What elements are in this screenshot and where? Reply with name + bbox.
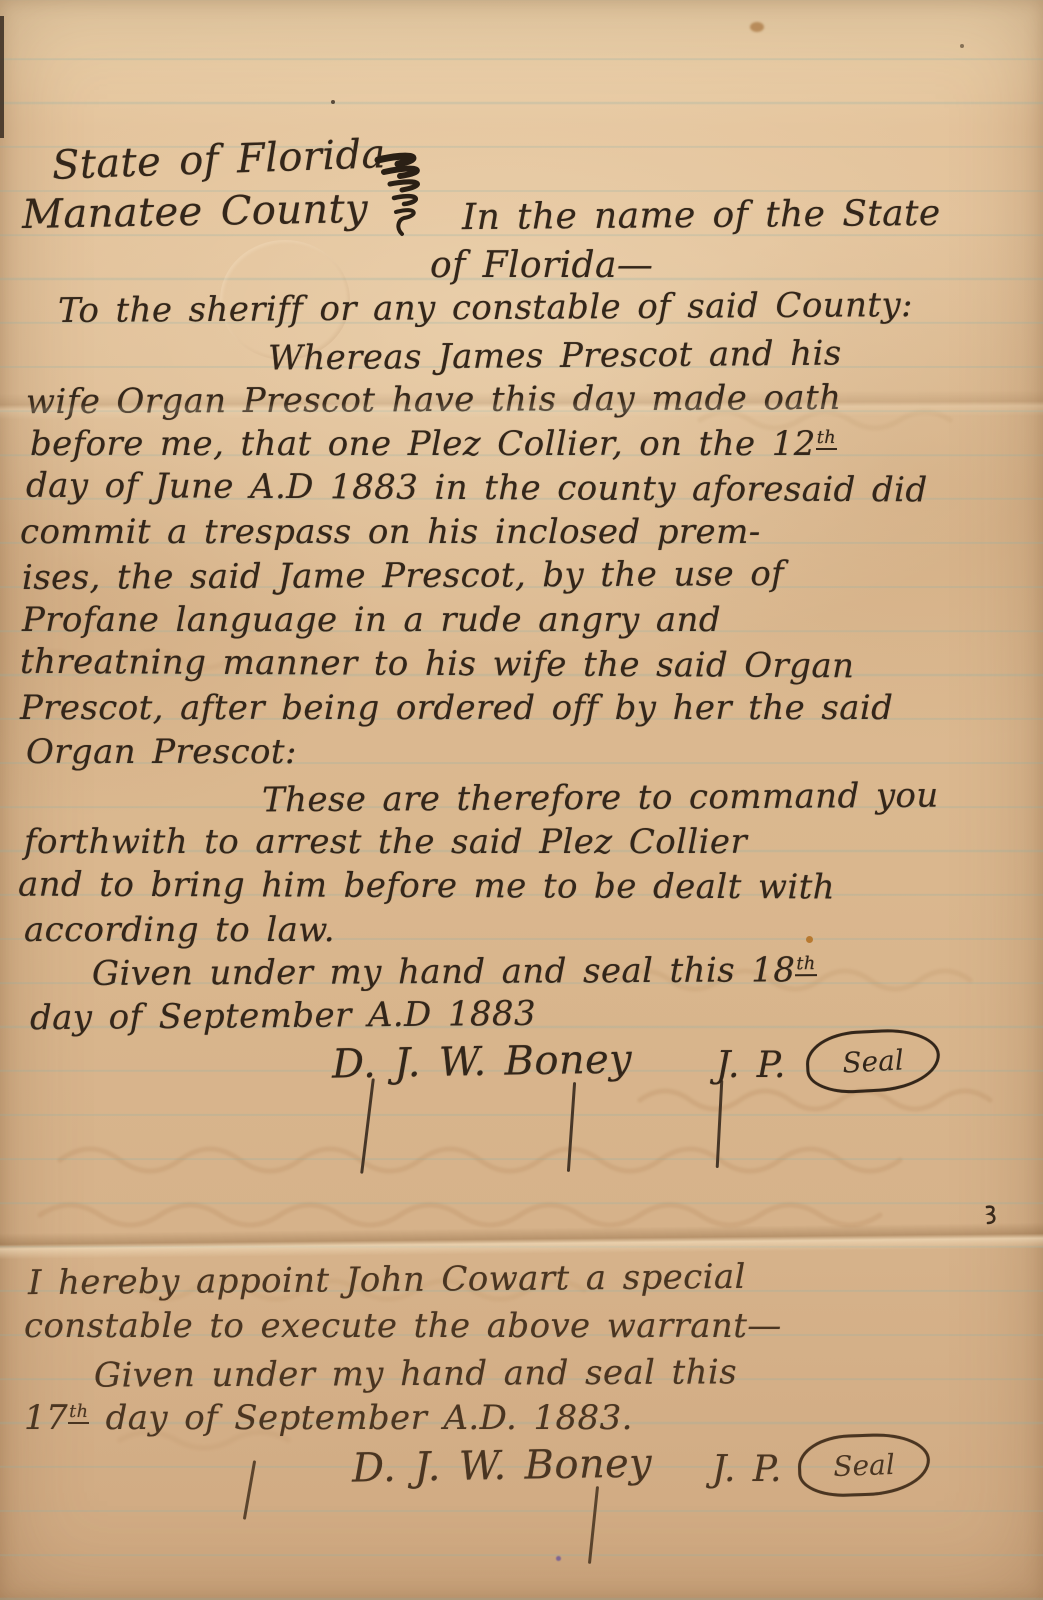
warrant-line-5: commit a trespass on his inclosed prem-: [20, 514, 761, 551]
warrant-line-15: Given under my hand and seal this 18th: [92, 952, 817, 993]
warrant-line-9: Prescot, after being ordered off by her …: [20, 690, 893, 727]
appointment-line-3: Given under my hand and seal this: [94, 1354, 737, 1395]
justice-signature: D. J. W. Boney: [332, 1037, 633, 1086]
ink-speck: [960, 44, 964, 48]
pen-descender: [716, 1080, 724, 1168]
ordinal-suffix: th: [795, 954, 816, 976]
warrant-line-10: Organ Prescot:: [26, 734, 297, 771]
warrant-line-16: day of September A.D 1883: [30, 996, 536, 1038]
document-scan: State of Florida Manatee County In the n…: [0, 0, 1043, 1600]
justice-title: J. P.: [716, 1046, 786, 1086]
fold-crease: [0, 1222, 1043, 1259]
pen-descender: [567, 1082, 576, 1172]
warrant-line-1: Whereas James Prescot and his: [268, 335, 842, 377]
ordinal-suffix: th: [816, 428, 837, 450]
warrant-line-7: Profane language in a rude angry and: [22, 602, 721, 639]
warrant-line-4: day of June A.D 1883 in the county afore…: [26, 468, 928, 510]
warrant-line-3: before me, that one Plez Collier, on the…: [30, 426, 837, 463]
header-county-line: Manatee County: [22, 187, 369, 237]
pen-descender: [588, 1486, 599, 1564]
warrant-line-11: These are therefore to command you: [262, 778, 939, 820]
appointment-line-1: I hereby appoint John Cowart a special: [28, 1259, 746, 1303]
invocation-line-1: In the name of the State: [462, 194, 941, 238]
stain-spot: [806, 936, 813, 943]
invocation-line-2: of Florida—: [430, 246, 653, 286]
warrant-line-8: threatning manner to his wife the said O…: [20, 644, 855, 686]
brace-icon: [368, 152, 432, 240]
seal-mark: Seal: [804, 1027, 941, 1096]
ink-mark: [984, 1204, 998, 1226]
appointment-line-4: 17th day of September A.D. 1883.: [24, 1400, 633, 1437]
pen-descender: [360, 1078, 375, 1174]
pen-descender: [243, 1460, 256, 1520]
paper-edge-nick: [0, 16, 4, 138]
warrant-line-2: wife Organ Prescot have this day made oa…: [26, 380, 842, 422]
address-line: To the sheriff or any constable of said …: [58, 287, 913, 330]
ordinal-suffix: th: [68, 1402, 89, 1424]
justice-title-2: J. P.: [712, 1450, 782, 1490]
justice-signature-2: D. J. W. Boney: [352, 1441, 653, 1490]
warrant-line-13: and to bring him before me to be dealt w…: [18, 867, 835, 907]
seal-mark-2: Seal: [797, 1432, 931, 1499]
stain-spot: [750, 22, 764, 32]
ink-speck: [331, 100, 335, 104]
appointment-line-2: constable to execute the above warrant—: [24, 1308, 782, 1345]
warrant-line-6: ises, the said Jame Prescot, by the use …: [22, 556, 784, 597]
header-state-line: State of Florida: [51, 132, 386, 188]
warrant-line-12: forthwith to arrest the said Plez Collie…: [24, 824, 747, 861]
warrant-line-14: according to law.: [24, 912, 335, 949]
ink-speck: [556, 1556, 561, 1561]
